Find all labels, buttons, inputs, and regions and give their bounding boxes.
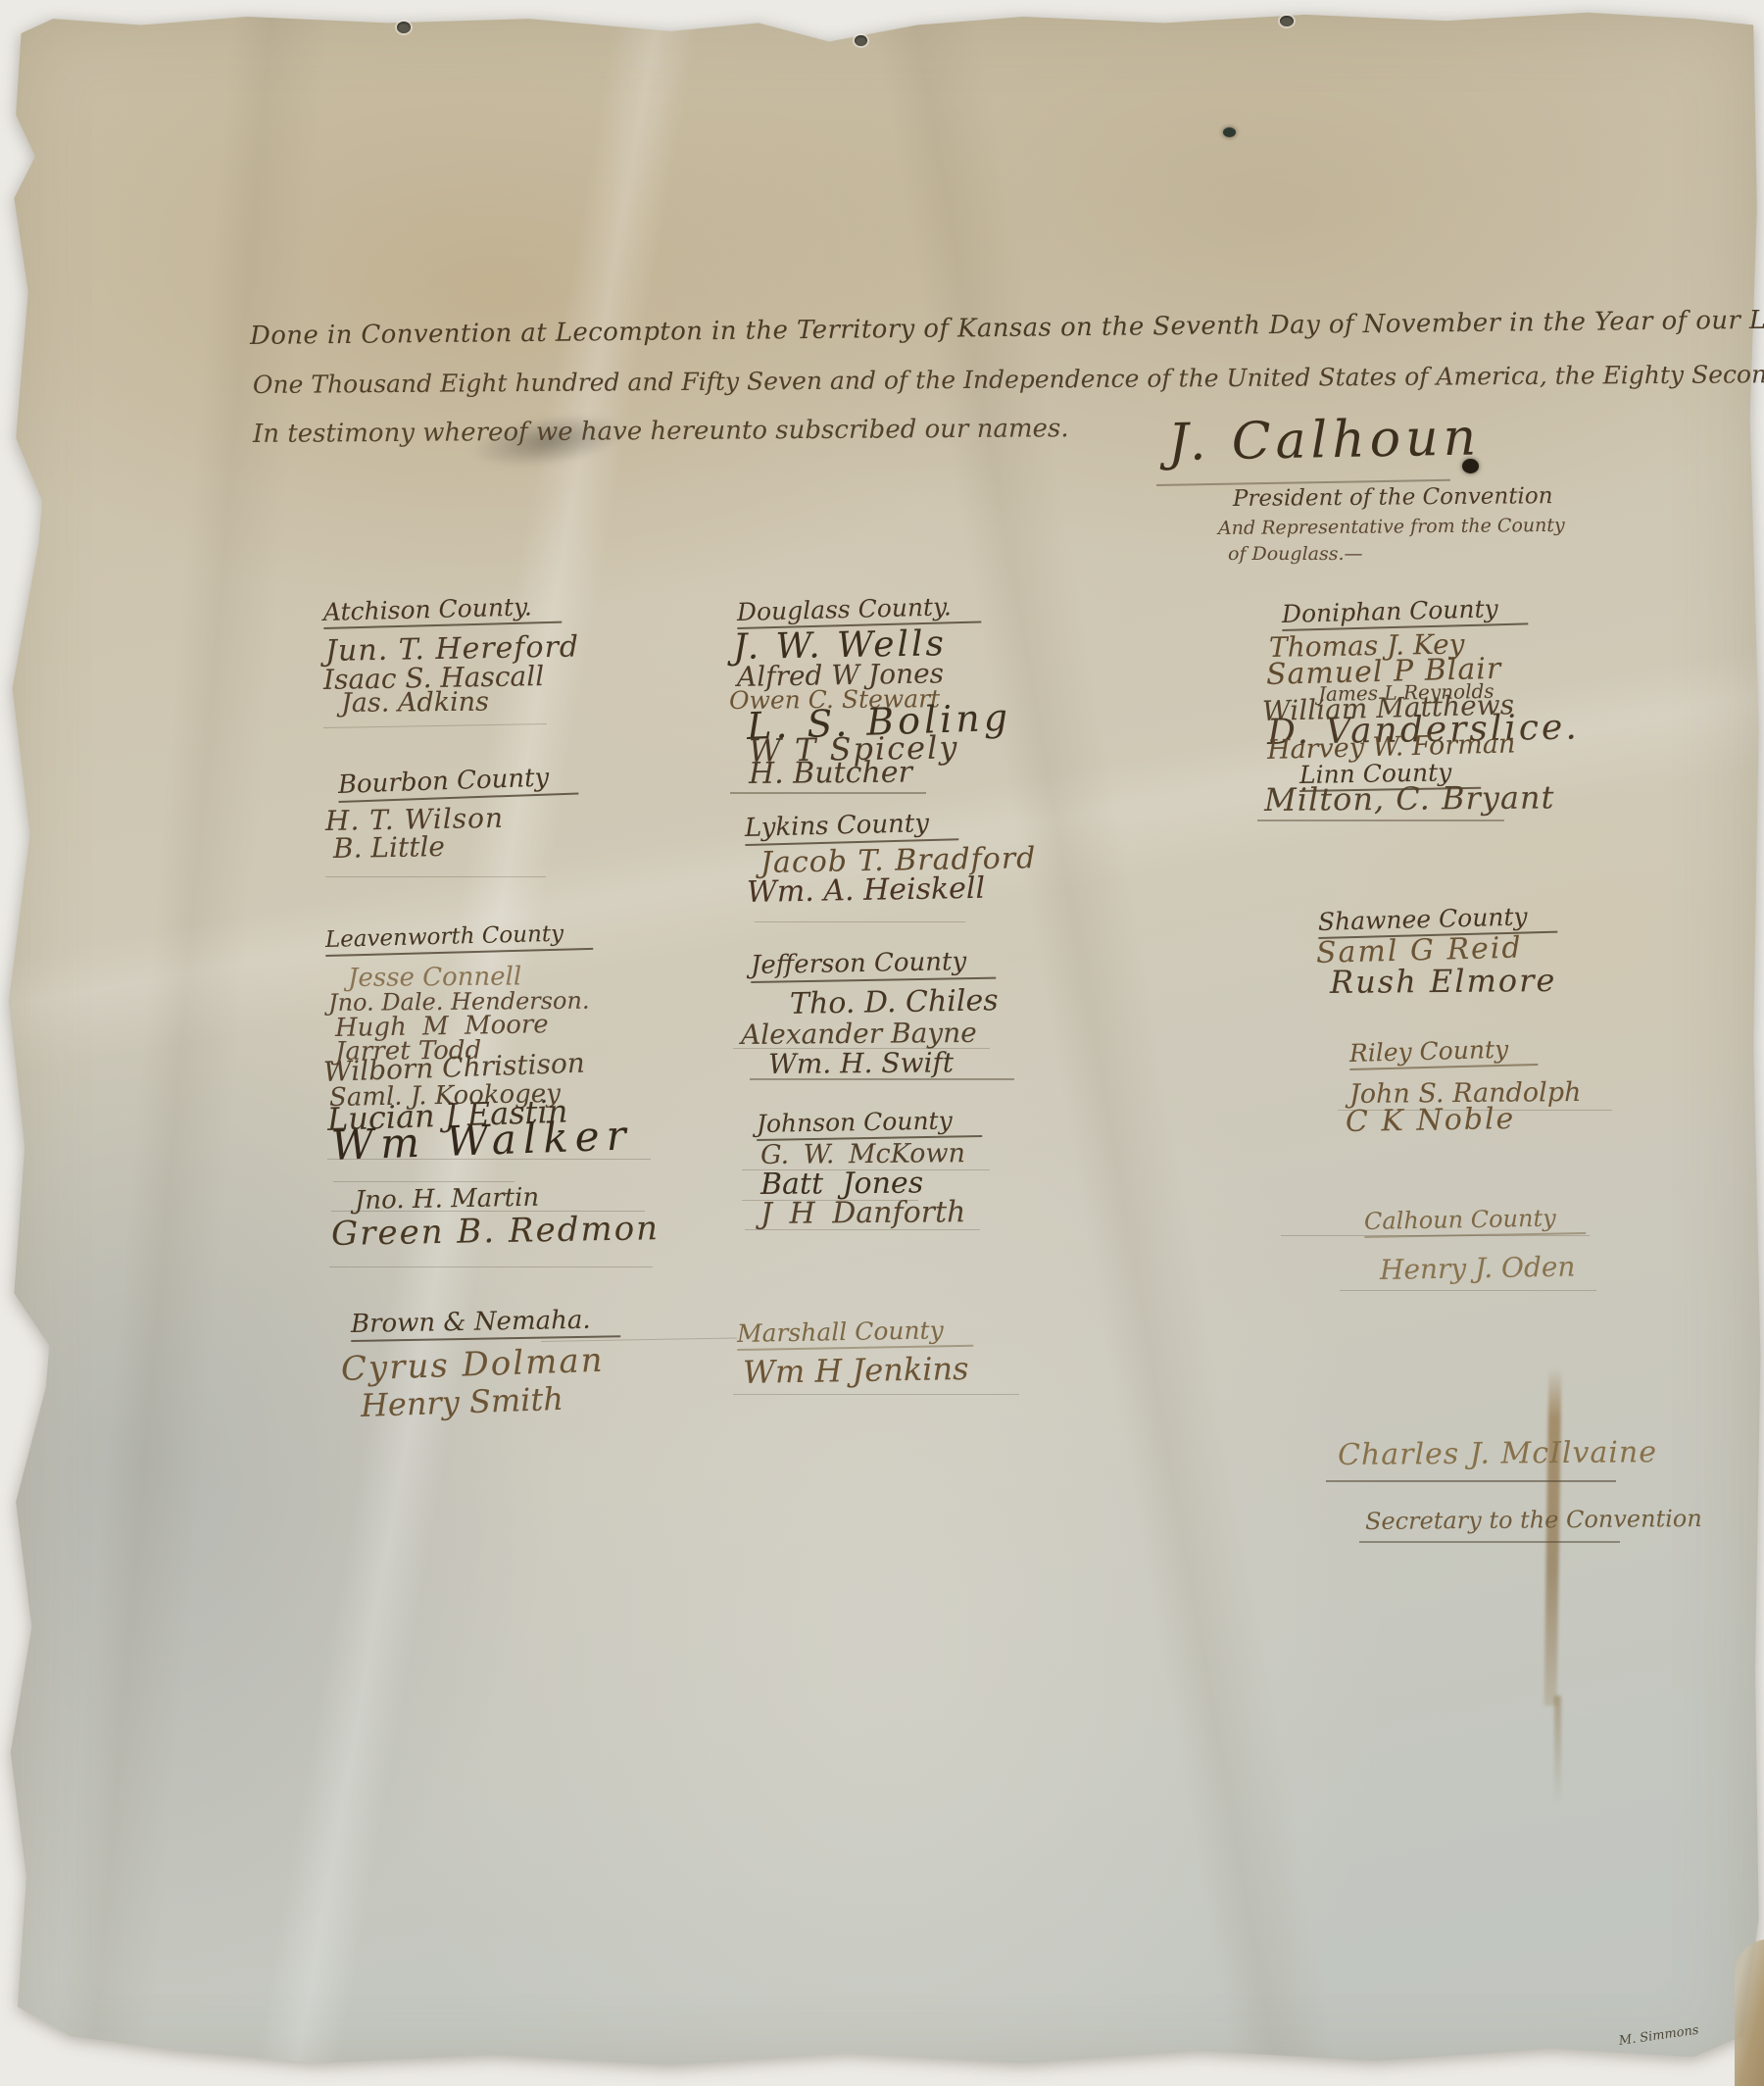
ruled-line xyxy=(329,1266,653,1267)
signer-name: Henry Smith xyxy=(360,1383,563,1421)
signer-name: Wm. A. Heiskell xyxy=(747,874,986,908)
county-heading-riley: Riley County xyxy=(1349,1036,1539,1070)
county-heading-johnson: Johnson County xyxy=(757,1108,982,1141)
signature-president: J. Calhoun xyxy=(1168,412,1482,469)
signer-name: J H Danforth xyxy=(760,1198,966,1229)
signer-name: Wm H Jenkins xyxy=(743,1353,969,1388)
punch-hole xyxy=(855,35,867,46)
torn-edge-curl xyxy=(1735,1939,1764,2086)
signer-name: Jno. H. Martin xyxy=(355,1185,540,1214)
signer-name: Green B. Redmon xyxy=(331,1212,661,1251)
photograph-backdrop: Done in Convention at Lecompton in the T… xyxy=(0,0,1764,2086)
punch-hole xyxy=(1280,16,1294,26)
signer-name: Tho. D. Chiles xyxy=(790,986,999,1019)
county-heading-jefferson: Jefferson County xyxy=(751,949,997,983)
ruled-line xyxy=(1340,1290,1596,1291)
signature-underline xyxy=(730,792,926,794)
signer-name: Wm. H. Swift xyxy=(768,1049,954,1078)
president-subtitle-2: of Douglass.— xyxy=(1228,545,1363,564)
signature-secretary: Charles J. McIlvaine xyxy=(1338,1438,1657,1470)
president-title: President of the Convention xyxy=(1233,485,1553,511)
signature-underline xyxy=(750,1078,1014,1080)
signer-name: Jas. Adkins xyxy=(341,689,489,717)
ruled-line xyxy=(755,921,965,922)
county-heading-atchison: Atchison County. xyxy=(323,594,563,629)
signer-name: Rush Elmore xyxy=(1330,965,1557,998)
signer-name: C K Noble xyxy=(1346,1105,1516,1137)
signature-underline xyxy=(1359,1541,1620,1543)
secretary-title: Secretary to the Convention xyxy=(1365,1507,1702,1533)
stain-streak xyxy=(1554,1696,1561,1804)
ruled-line xyxy=(327,1159,651,1160)
preamble-line-3: In testimony whereof we have hereunto su… xyxy=(253,416,1069,447)
signer-name: G. W. McKown xyxy=(760,1140,965,1168)
county-heading-calhoun: Calhoun County xyxy=(1364,1206,1586,1238)
county-heading-brown-nemaha: Brown & Nemaha. xyxy=(351,1307,620,1342)
ruled-line xyxy=(733,1394,1019,1395)
signer-name: Henry J. Oden xyxy=(1380,1254,1576,1284)
president-subtitle-1: And Representative from the County xyxy=(1218,517,1565,538)
ruled-line xyxy=(333,1181,514,1182)
signer-name: H. Butcher xyxy=(749,759,912,789)
county-heading-marshall: Marshall County xyxy=(737,1317,973,1351)
signer-name: B. Little xyxy=(333,833,445,863)
punch-hole xyxy=(397,22,411,33)
county-heading-lykins: Lykins County xyxy=(745,810,959,846)
signer-name: Alexander Bayne xyxy=(741,1019,977,1049)
ruled-line xyxy=(325,876,546,877)
signature-underline xyxy=(1257,819,1504,821)
signature-underline xyxy=(1326,1480,1616,1482)
signer-name: Cyrus Dolman xyxy=(340,1344,605,1386)
signer-name: Milton, C. Bryant xyxy=(1264,781,1555,816)
ruled-line xyxy=(1281,1235,1590,1236)
ink-spot xyxy=(1223,127,1236,137)
ruled-line xyxy=(745,1229,980,1230)
